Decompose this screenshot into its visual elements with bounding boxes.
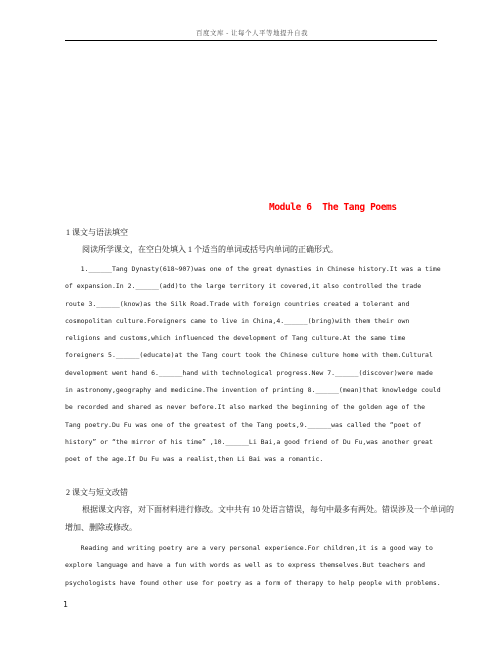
text-line: religions and customs,which influenced t… <box>65 330 450 347</box>
watermark-text: 百度文库 - 让每个人平等地提升自我 <box>0 28 504 37</box>
text-line: Reading and writing poetry are a very pe… <box>65 540 450 557</box>
section2-heading: 2 课文与短文改错 <box>66 487 128 498</box>
header-rule <box>65 40 437 41</box>
page-number: 1 <box>63 600 68 609</box>
text-line: history” or “the mirror of his time” ,10… <box>65 434 450 451</box>
text-line: be recorded and shared as never before.I… <box>65 399 450 416</box>
section1-heading: 1 课文与语法填空 <box>66 227 128 238</box>
text-line: 1.______Tang Dynasty(618~907)was one of … <box>65 261 450 278</box>
gap-fill-paragraph: 1.______Tang Dynasty(618~907)was one of … <box>65 261 450 469</box>
text-line: explore language and have a fun with wor… <box>65 557 450 574</box>
text-line: Tang poetry.Du Fu was one of the greates… <box>65 417 450 434</box>
text-line: cosmopolitan culture.Foreigners came to … <box>65 313 450 330</box>
text-line: poet of the age.If Du Fu was a realist,t… <box>65 451 450 468</box>
text-line: route 3.______(know)as the Silk Road.Tra… <box>65 296 450 313</box>
text-line: of expansion.In 2.______(add)to the larg… <box>65 278 450 295</box>
text-line: foreigners 5.______(educate)at the Tang … <box>65 347 450 364</box>
section1-instruction: 阅读所学课文，在空白处填入 1 个适当的单词或括号内单词的正确形式。 <box>82 244 338 255</box>
text-line: development went hand 6.______hand with … <box>65 365 450 382</box>
text-line: psychologists have found other use for p… <box>65 575 450 592</box>
document-title: Module 6 The Tang Poems <box>269 202 397 213</box>
section2-instruction-line1: 根据课文内容，对下面材料进行修改。文中共有 10 处语言错误，每句中最多有两处。… <box>82 504 454 515</box>
text-line: in astronomy,geography and medicine.The … <box>65 382 450 399</box>
document-page: 百度文库 - 让每个人平等地提升自我 Module 6 The Tang Poe… <box>0 0 504 653</box>
section2-instruction-line2: 增加、删除或修改。 <box>65 522 137 533</box>
error-correction-paragraph: Reading and writing poetry are a very pe… <box>65 540 450 592</box>
